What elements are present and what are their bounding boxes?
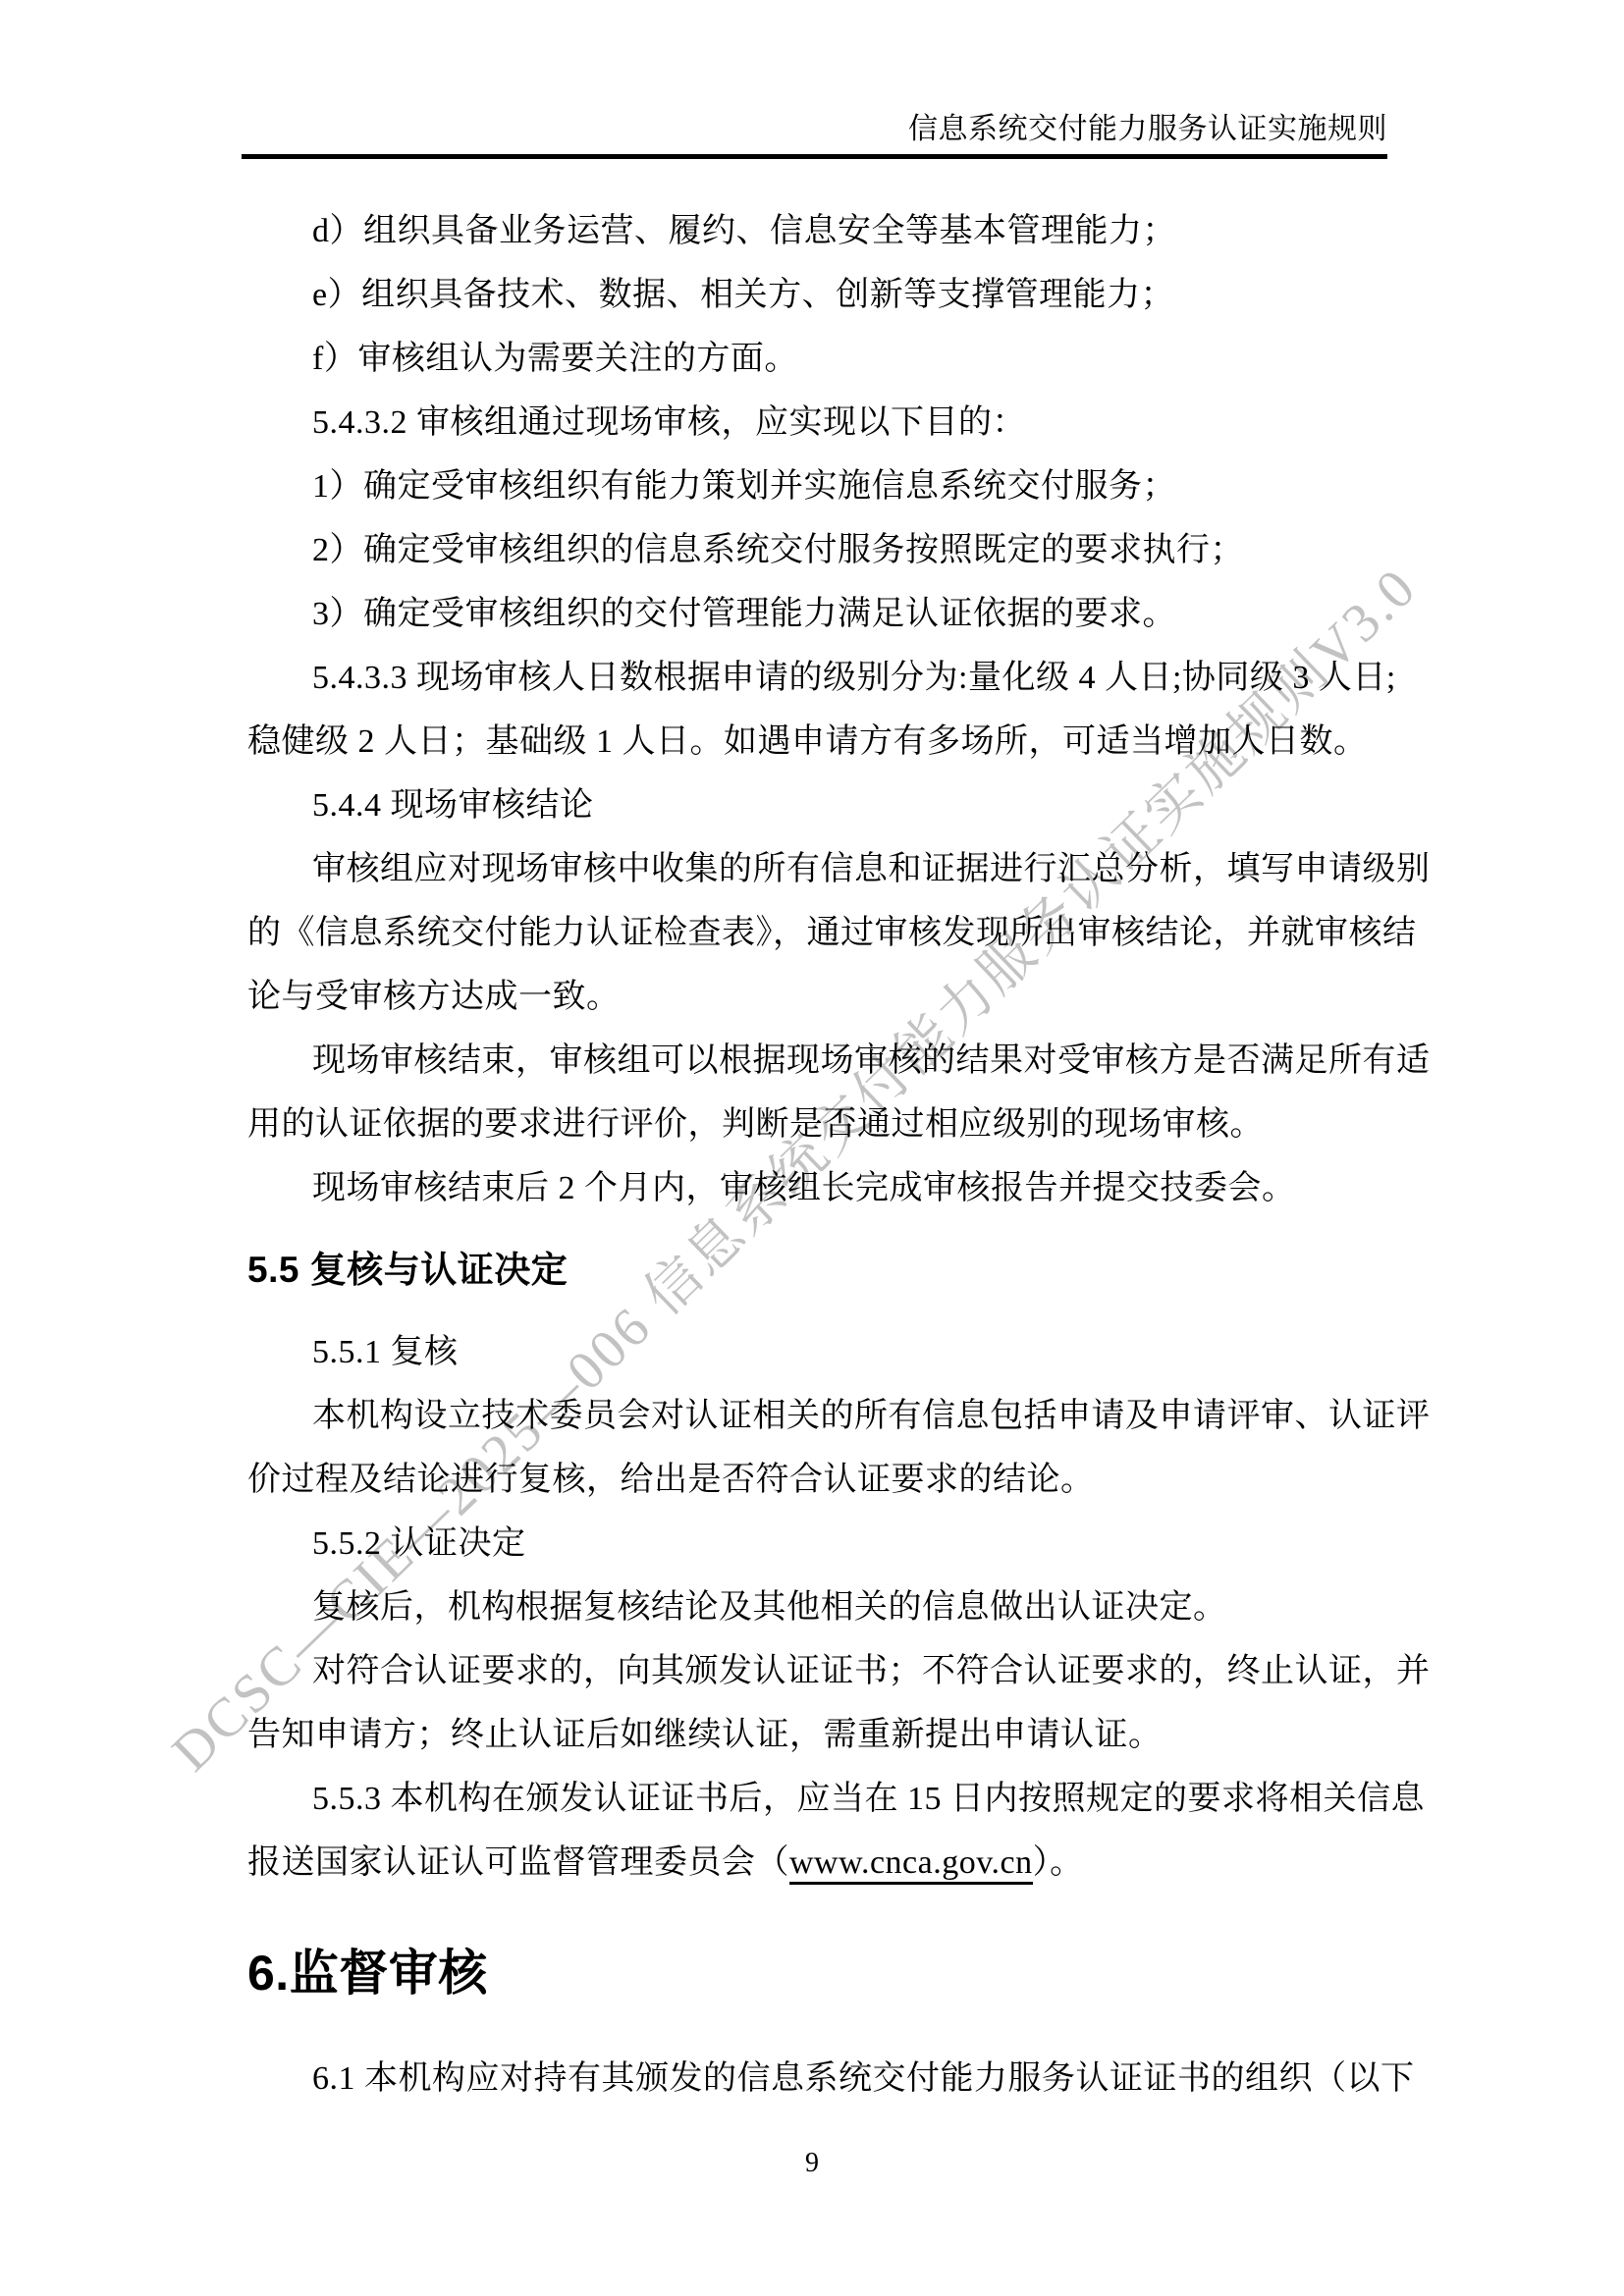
document-line: 价过程及结论进行复核，给出是否符合认证要求的结论。: [247, 1448, 1396, 1512]
section-heading: 5.5 复核与认证决定: [247, 1238, 1396, 1302]
document-line: 现场审核结束后 2 个月内，审核组长完成审核报告并提交技委会。: [247, 1156, 1396, 1220]
document-line: 对符合认证要求的，向其颁发认证证书；不符合认证要求的，终止认证，并: [247, 1639, 1396, 1703]
document-line: f）审核组认为需要关注的方面。: [247, 327, 1396, 391]
document-line: 复核后，机构根据复核结论及其他相关的信息做出认证决定。: [247, 1575, 1396, 1639]
document-line: 2）确定受审核组织的信息系统交付服务按照既定的要求执行；: [247, 518, 1396, 582]
document-line: 的《信息系统交付能力认证检查表》，通过审核发现所出审核结论，并就审核结: [247, 901, 1396, 965]
page-number: 9: [0, 2148, 1624, 2179]
document-line: 报送国家认证认可监督管理委员会（www.cnca.gov.cn）。: [247, 1831, 1396, 1895]
document-line: 稳健级 2 人日；基础级 1 人日。如遇申请方有多场所，可适当增加人日数。: [247, 710, 1396, 774]
document-line: 用的认证依据的要求进行评价，判断是否通过相应级别的现场审核。: [247, 1093, 1396, 1156]
document-line: 1）确定受审核组织有能力策划并实施信息系统交付服务；: [247, 454, 1396, 518]
text-segment: ）。: [1033, 1844, 1084, 1881]
document-line: 5.5.2 认证决定: [247, 1512, 1396, 1575]
document-line: 5.4.3.3 现场审核人日数根据申请的级别分为:量化级 4 人日;协同级 3 …: [247, 646, 1396, 710]
document-line: 5.5.3 本机构在颁发认证证书后，应当在 15 日内按照规定的要求将相关信息: [247, 1767, 1396, 1831]
page-header-title: 信息系统交付能力服务认证实施规则: [908, 112, 1387, 147]
document-line: 5.4.3.2 审核组通过现场审核，应实现以下目的：: [247, 391, 1396, 454]
document-line: e）组织具备技术、数据、相关方、创新等支撑管理能力；: [247, 263, 1396, 327]
text-segment: 报送国家认证认可监督管理委员会（: [247, 1844, 789, 1881]
document-line: 5.5.1 复核: [247, 1320, 1396, 1384]
document-body: d）组织具备业务运营、履约、信息安全等基本管理能力；e）组织具备技术、数据、相关…: [247, 199, 1396, 2110]
cnca-url: www.cnca.gov.cn: [789, 1844, 1033, 1885]
header-rule: [242, 154, 1387, 159]
document-page: DCSC—CIE—2025—006 信息系统交付能力服务认证实施规则V3.0 信…: [0, 0, 1624, 2296]
document-line: 审核组应对现场审核中收集的所有信息和证据进行汇总分析，填写申请级别: [247, 837, 1396, 901]
document-line: 3）确定受审核组织的交付管理能力满足认证依据的要求。: [247, 582, 1396, 646]
document-line: d）组织具备业务运营、履约、信息安全等基本管理能力；: [247, 199, 1396, 263]
document-line: 论与受审核方达成一致。: [247, 965, 1396, 1029]
document-line: 现场审核结束，审核组可以根据现场审核的结果对受审核方是否满足所有适: [247, 1029, 1396, 1093]
document-line: 告知申请方；终止认证后如继续认证，需重新提出申请认证。: [247, 1703, 1396, 1767]
document-line: 6.1 本机构应对持有其颁发的信息系统交付能力服务认证证书的组织（以下: [247, 2047, 1396, 2110]
document-line: 5.4.4 现场审核结论: [247, 774, 1396, 837]
section-heading: 6.监督审核: [247, 1934, 1396, 2012]
document-line: 本机构设立技术委员会对认证相关的所有信息包括申请及申请评审、认证评: [247, 1384, 1396, 1448]
